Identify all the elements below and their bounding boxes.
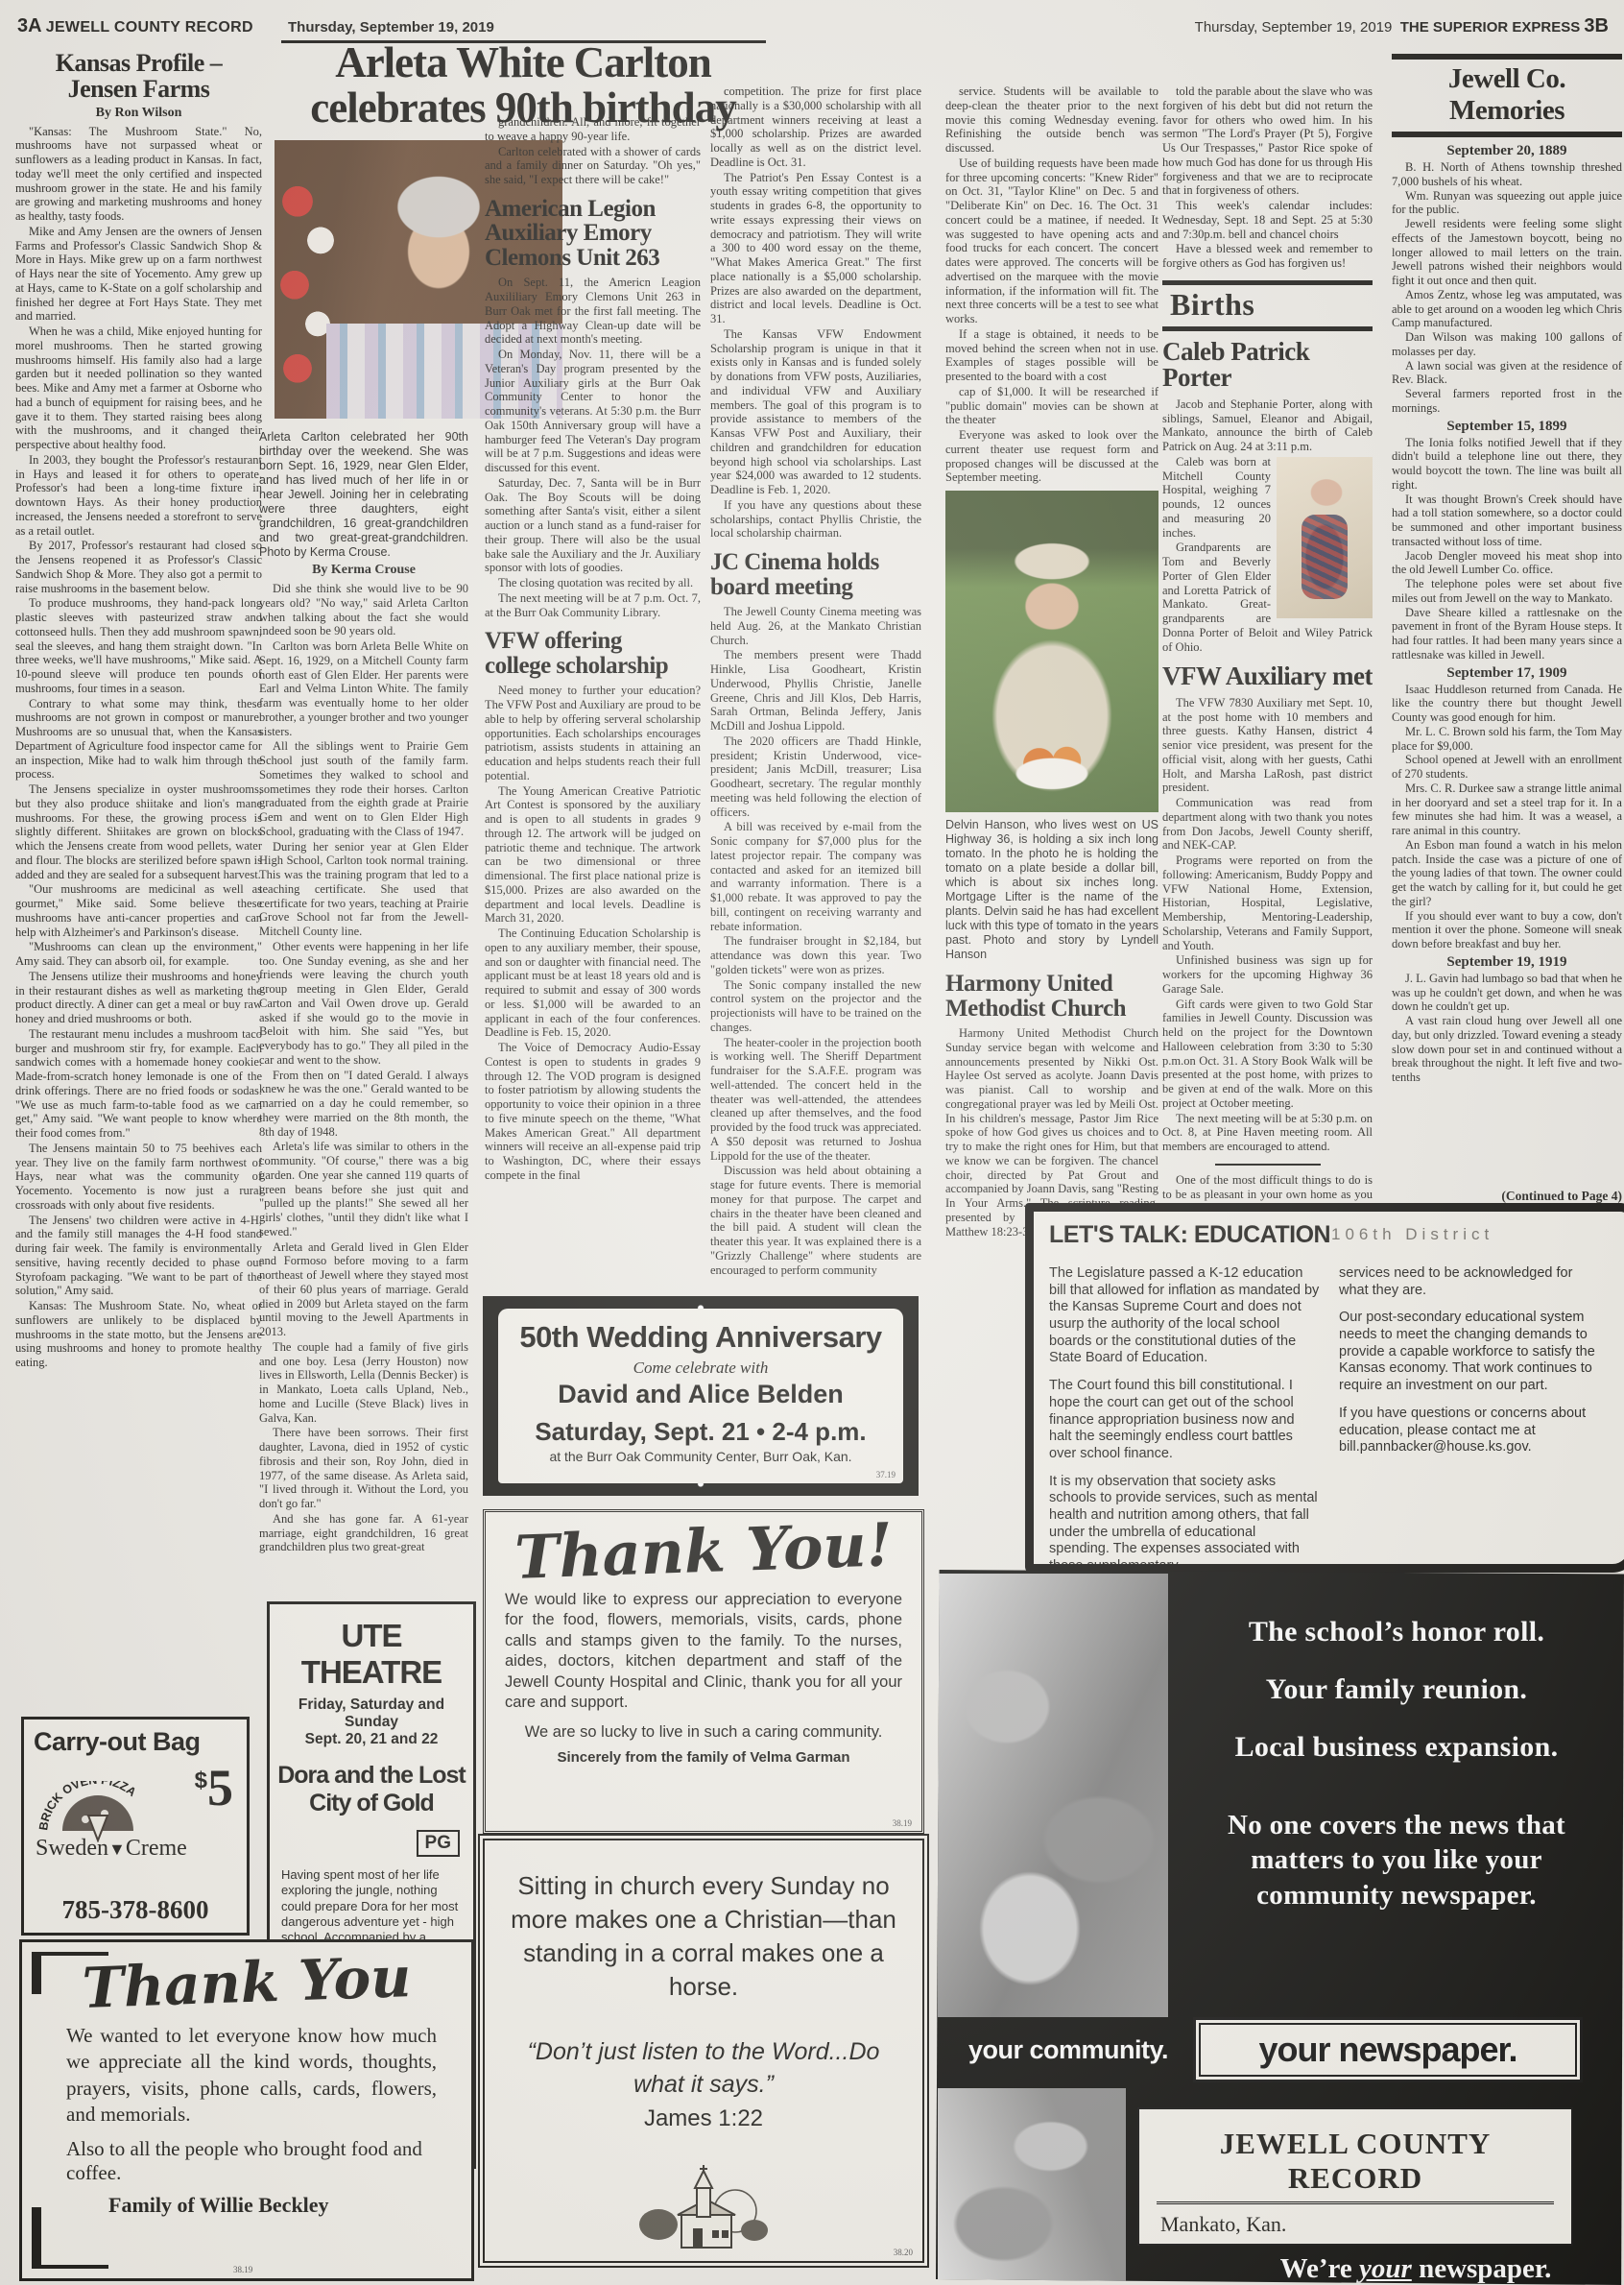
paragraph: "Mushrooms can clean up the environment,…	[15, 940, 262, 969]
paragraph: Other events were happening in her life …	[259, 940, 468, 1068]
vfw-scholarship-continued: competition. The prize for first place n…	[710, 84, 921, 541]
births-section-header: Births	[1162, 280, 1373, 331]
memories-date-1889: September 20, 1889	[1392, 143, 1622, 159]
paragraph: An Esbon man found a watch in his melon …	[1392, 838, 1622, 909]
carryout-phone: 785-378-8600	[24, 1895, 247, 1925]
paragraph: The Patriot's Pen Essay Contest is a you…	[710, 171, 921, 326]
promo-tag-suffix: newspaper.	[1419, 2253, 1551, 2284]
memories-title: Jewell Co. Memories	[1392, 63, 1622, 127]
paragraph: Discussion was held about obtaining a st…	[710, 1164, 921, 1277]
anniversary-num: 37.19	[876, 1470, 896, 1479]
left-page-number: 3A	[17, 15, 42, 36]
jc-cinema-continued: service. Students will be available to d…	[945, 84, 1158, 485]
paragraph: B. H. North of Athens township threshed …	[1392, 160, 1622, 189]
paragraph: This week's calendar includes: Wednesday…	[1162, 199, 1373, 241]
carryout-title: Carry-out Bag	[34, 1727, 237, 1757]
memories-items-1919: J. L. Gavin had lumbago so bad that when…	[1392, 972, 1622, 1085]
paragraph: If you should ever want to buy a cow, do…	[1392, 909, 1622, 951]
education-left-column: The Legislature passed a K-12 education …	[1049, 1265, 1320, 1573]
promo-bar-community: your community.	[947, 2023, 1189, 2077]
education-title: LET'S TALK: EDUCATION	[1049, 1221, 1330, 1249]
memories-header-box: Jewell Co. Memories	[1392, 54, 1622, 137]
memories-date-1899: September 15, 1899	[1392, 419, 1622, 435]
beckley-signoff: Family of Willie Beckley	[108, 2193, 471, 2218]
paragraph: A vast rain cloud hung over Jewell all o…	[1392, 1014, 1622, 1085]
paragraph: Dan Wilson was making 100 gallons of mol…	[1392, 330, 1622, 359]
paragraph: J. L. Gavin had lumbago so bad that when…	[1392, 972, 1622, 1014]
paragraph: The Ionia folks notified Jewell that if …	[1392, 436, 1622, 493]
paragraph: Use of building requests have been made …	[945, 156, 1158, 326]
memories-items-1889: B. H. North of Athens township threshed …	[1392, 160, 1622, 416]
promo-line4: No one covers the news that matters to y…	[1214, 1808, 1579, 1912]
left-paper-name: JEWELL COUNTY RECORD	[46, 19, 253, 36]
paragraph: Carlton was born Arleta Belle White on S…	[259, 639, 468, 738]
delvin-hanson-photo	[945, 491, 1158, 812]
carryout-price: $5	[195, 1758, 233, 1817]
american-legion-title: American Legion Auxiliary Emory Clemons …	[485, 197, 701, 271]
jc-cinema-title-1: JC Cinema holds	[710, 550, 921, 575]
memories-continued: (Continued to Page 4)	[1392, 1189, 1622, 1204]
paragraph: The Jewell County Cinema meeting was hel…	[710, 605, 921, 647]
paragraph: Wm. Runyan was squeezing out apple juice…	[1392, 189, 1622, 218]
paragraph: Need money to further your education? Th…	[485, 684, 701, 782]
paragraph: Arleta and Gerald lived in Glen Elder an…	[259, 1240, 468, 1339]
right-date: Thursday, September 19, 2019	[1195, 19, 1393, 36]
sweden-text: Sweden	[36, 1836, 108, 1861]
harmony-title-1: Harmony United	[945, 972, 1158, 997]
vfw-auxiliary-title: VFW Auxiliary met	[1162, 663, 1373, 690]
baby-striped-outfit	[1302, 515, 1348, 598]
ute-dates: Sept. 20, 21 and 22	[270, 1731, 473, 1748]
paragraph: The next meeting will be at 5:30 p.m. on…	[1162, 1112, 1373, 1154]
promo-logo-title: Jewell County Record	[1157, 2127, 1554, 2204]
ute-name: UTE THEATRE	[270, 1618, 473, 1691]
paragraph: A lawn social was given at the residence…	[1392, 359, 1622, 388]
paragraph: The members present were Thadd Hinkle, L…	[710, 648, 921, 734]
arleta-continued: grandchildren. All, and more, fit togeth…	[485, 115, 701, 187]
paragraph: Isaac Huddleson returned from Canada. He…	[1392, 683, 1622, 725]
paragraph: In 2003, they bought the Professor's res…	[15, 453, 262, 539]
column-R1: competition. The prize for first place n…	[710, 84, 921, 1290]
ute-days: Friday, Saturday and Sunday	[270, 1696, 473, 1731]
paragraph: A bill was received by e-mail from the S…	[710, 820, 921, 933]
memories-date-1919: September 19, 1919	[1392, 954, 1622, 971]
right-page-header: Thursday, September 19, 2019 THE SUPERIO…	[1195, 15, 1609, 37]
paragraph: Jewell residents were feeling some sligh…	[1392, 217, 1622, 288]
education-district: 106th District	[1331, 1225, 1493, 1244]
church-illustration	[632, 2165, 776, 2253]
promo-logo-city: Mankato, Kan.	[1160, 2212, 1571, 2237]
jc-cinema-title-2: board meeting	[710, 575, 921, 600]
beckley-line2: Also to all the people who brought food …	[66, 2137, 437, 2185]
paragraph: The heater-cooler in the projection boot…	[710, 1036, 921, 1164]
paragraph: Amos Zentz, whose leg was amputated, was…	[1392, 288, 1622, 330]
paragraph: The Kansas VFW Endowment Scholarship pro…	[710, 327, 921, 497]
right-page-number: 3B	[1584, 15, 1609, 36]
paragraph: Several farmers reported frost in the mo…	[1392, 387, 1622, 416]
anniversary-inner: 50th Wedding Anniversary Come celebrate …	[498, 1309, 903, 1483]
paragraph: The Jensens' two children were active in…	[15, 1214, 262, 1299]
paragraph: told the parable about the slave who was…	[1162, 84, 1373, 198]
paragraph: From then on "I dated Gerald. I always k…	[259, 1069, 468, 1140]
ute-rating-badge: PG	[417, 1830, 460, 1857]
paragraph: The next meeting will be at 7 p.m. Oct. …	[485, 591, 701, 620]
left-date: Thursday, September 19, 2019	[288, 19, 494, 36]
paragraph: The couple had a family of five girls an…	[259, 1340, 468, 1426]
column-R2: service. Students will be available to d…	[945, 84, 1158, 1294]
education-column-box: LET'S TALK: EDUCATION 106th District The…	[1025, 1203, 1624, 1573]
anniversary-names: David and Alice Belden	[498, 1380, 903, 1409]
carryout-logo: BRICK OVEN PIZZA Sweden▼Creme	[36, 1781, 160, 1862]
garman-script-title: Thank You!	[485, 1509, 922, 1594]
paragraph: The restaurant menu includes a mushroom …	[15, 1027, 262, 1141]
paragraph: Arleta's life was similar to others in t…	[259, 1140, 468, 1239]
ad-thankyou-beckley: Thank You We wanted to let everyone know…	[19, 1939, 474, 2281]
paragraph: It is my observation that society asks s…	[1049, 1474, 1320, 1573]
paragraph: If a stage is obtained, it needs to be m…	[945, 327, 1158, 384]
paragraph: grandchildren. All, and more, fit togeth…	[485, 115, 701, 144]
arleta-caption: Arleta Carlton celebrated her 90th birth…	[259, 430, 468, 560]
promo-tagline: We’re your newspaper.	[1224, 2253, 1608, 2285]
kansas-profile-byline: By Ron Wilson	[15, 106, 262, 121]
garman-line2: We are so lucky to live in such a caring…	[486, 1723, 921, 1742]
paragraph: "Kansas: The Mushroom State." No, mushro…	[15, 125, 262, 224]
memories-date-1909: September 17, 1909	[1392, 665, 1622, 682]
paragraph: services need to be acknowledged for wha…	[1339, 1265, 1606, 1299]
paragraph: The Jensens maintain 50 to 75 beehives e…	[15, 1142, 262, 1213]
paragraph: The Continuing Education Scholarship is …	[485, 926, 701, 1040]
paragraph: Everyone was asked to look over the curr…	[945, 428, 1158, 485]
arleta-body: Did she think she would live to be 90 ye…	[259, 582, 468, 1554]
carryout-price-value: 5	[207, 1759, 233, 1816]
creme-text: Creme	[126, 1836, 187, 1861]
memories-items-1899: The Ionia folks notified Jewell that if …	[1392, 436, 1622, 662]
paragraph: And she has gone far. A 61-year marriage…	[259, 1512, 468, 1554]
paragraph: Gift cards were given to two Gold Star f…	[1162, 998, 1373, 1111]
article-kansas-profile: Kansas Profile – Jensen Farms By Ron Wil…	[15, 50, 262, 1709]
paragraph: All the siblings went to Prairie Gem Sch…	[259, 739, 468, 838]
church-line1: Sitting in church every Sunday no more m…	[508, 1869, 899, 2004]
vfw-auxiliary-body: The VFW 7830 Auxiliary met Sept. 10, at …	[1162, 696, 1373, 1154]
paragraph: To produce mushrooms, they hand-pack lon…	[15, 596, 262, 695]
brick-oven-pizza-logo: BRICK OVEN PIZZA	[36, 1781, 160, 1842]
anniversary-when: Saturday, Sept. 21 • 2-4 p.m.	[498, 1417, 903, 1447]
paragraph: Unfinished business was sign up for work…	[1162, 953, 1373, 996]
article-arleta: Arleta Carlton celebrated her 90th birth…	[259, 424, 468, 1594]
paragraph: service. Students will be available to d…	[945, 84, 1158, 156]
ad-church: Sitting in church every Sunday no more m…	[483, 1839, 924, 2263]
anniversary-subtitle: Come celebrate with	[498, 1359, 903, 1378]
paragraph: The closing quotation was recited by all…	[485, 576, 701, 590]
beckley-body: We wanted to let everyone know how much …	[66, 2023, 437, 2128]
paragraph: School opened at Jewell with an enrollme…	[1392, 753, 1622, 782]
paragraph: The Sonic company installed the new cont…	[710, 978, 921, 1035]
paragraph: Programs were reported on from the follo…	[1162, 854, 1373, 952]
paragraph: cap of $1,000. It will be researched if …	[945, 385, 1158, 427]
paragraph: Carlton celebrated with a shower of card…	[485, 145, 701, 187]
paragraph: If you have questions or concerns about …	[1339, 1406, 1606, 1456]
sweden-creme-logo: Sweden▼Creme	[36, 1836, 160, 1862]
paragraph: Mr. L. C. Brown sold his farm, the Tom M…	[1392, 725, 1622, 754]
column-R3: told the parable about the slave who was…	[1162, 84, 1373, 1287]
american-legion-body: On Sept. 11, the Americn Leagion Auxilil…	[485, 276, 701, 619]
kansas-profile-body: "Kansas: The Mushroom State." No, mushro…	[15, 125, 262, 1370]
ad-newspaper-promo: The school’s honor roll. Your family reu…	[936, 1570, 1624, 2285]
caleb-baby-photo	[1277, 457, 1373, 618]
paragraph: The Young American Creative Patriotic Ar…	[485, 784, 701, 926]
paragraph: By 2017, Professor's restaurant had clos…	[15, 539, 262, 595]
promo-tag-prefix: We’re	[1280, 2253, 1352, 2284]
vfw-scholarship-title-1: VFW offering	[485, 629, 701, 654]
paragraph: On Sept. 11, the Americn Leagion Auxilil…	[485, 276, 701, 347]
right-paper-name: THE SUPERIOR EXPRESS	[1400, 19, 1581, 36]
garman-body: We would like to express our appreciatio…	[505, 1590, 902, 1714]
promo-line2: Your family reunion.	[1181, 1673, 1612, 1706]
paragraph: "Our mushrooms are medicinal as well as …	[15, 882, 262, 939]
arleta-headline-1: Arleta White Carlton	[278, 40, 768, 85]
paragraph: On Monday, Nov. 11, there will be a Vete…	[485, 348, 701, 475]
promo-photo-classroom	[938, 1574, 1168, 2017]
paragraph: competition. The prize for first place n…	[710, 84, 921, 170]
paragraph: If you have any questions about these sc…	[710, 498, 921, 541]
beckley-num: 38.19	[233, 2265, 252, 2274]
newspaper-sheet: 3A JEWELL COUNTY RECORD Thursday, Septem…	[0, 0, 1624, 2285]
paragraph: Mrs. C. R. Durkee saw a strange little a…	[1392, 782, 1622, 838]
paragraph: The 2020 officers are Thadd Hinkle, pres…	[710, 734, 921, 820]
caleb-p1: Jacob and Stephanie Porter, along with s…	[1162, 397, 1373, 454]
paragraph: Mike and Amy Jensen are the owners of Je…	[15, 225, 262, 324]
anniversary-title: 50th Wedding Anniversary	[498, 1320, 903, 1355]
left-page-header: 3A JEWELL COUNTY RECORD	[17, 15, 253, 37]
paragraph: The telephone poles were set about five …	[1392, 577, 1622, 606]
vfw-scholarship-title-2: college scholarship	[485, 654, 701, 679]
anniversary-where: at the Burr Oak Community Center, Burr O…	[498, 1449, 903, 1464]
education-right-column: services need to be acknowledged for wha…	[1339, 1265, 1606, 1467]
kansas-profile-title-1: Kansas Profile –	[15, 50, 262, 76]
paragraph: The Voice of Democracy Audio-Essay Conte…	[485, 1041, 701, 1183]
promo-tag-your: your	[1359, 2253, 1412, 2284]
promo-logo-box: Jewell County Record Mankato, Kan.	[1137, 2107, 1573, 2246]
church-ref: James 1:22	[485, 2105, 922, 2132]
paragraph: The fundraiser brought in $2,184, but at…	[710, 934, 921, 976]
church-quote: “Don’t just listen to the Word...Do what…	[523, 2036, 884, 2102]
arleta-byline: By Kerma Crouse	[259, 563, 468, 578]
paragraph: There have been sorrows. Their first dau…	[259, 1426, 468, 1511]
paragraph: During her senior year at Glen Elder Hig…	[259, 840, 468, 939]
column-L3: grandchildren. All, and more, fit togeth…	[485, 115, 701, 1288]
garman-num: 38.19	[893, 1818, 912, 1828]
ute-movie-2: City of Gold	[270, 1790, 473, 1817]
paragraph: Dave Sheare killed a rattlesnake on the …	[1392, 606, 1622, 662]
paragraph: Our post-secondary educational system ne…	[1339, 1310, 1606, 1394]
memories-items-1909: Isaac Huddleson returned from Canada. He…	[1392, 683, 1622, 951]
filler-divider	[1215, 1164, 1321, 1166]
ad-thankyou-garman: Thank You! We would like to express our …	[483, 1509, 924, 1834]
paragraph: The Jensens utilize their mushrooms and …	[15, 970, 262, 1026]
paragraph: Contrary to what some may think, these m…	[15, 697, 262, 782]
ad-anniversary: 50th Wedding Anniversary Come celebrate …	[483, 1296, 919, 1496]
births-title: Births	[1170, 287, 1254, 322]
church-num: 38.20	[894, 2248, 913, 2257]
paragraph: Have a blessed week and remember to forg…	[1162, 242, 1373, 271]
harmony-title-2: Methodist Church	[945, 997, 1158, 1022]
paragraph: The Legislature passed a K-12 education …	[1049, 1265, 1320, 1367]
promo-photo-readers	[938, 2088, 1126, 2282]
promo-bar-newspaper: your newspaper.	[1193, 2017, 1583, 2082]
delvin-caption: Delvin Hanson, who lives west on US High…	[945, 818, 1158, 962]
promo-line3: Local business expansion.	[1181, 1731, 1612, 1764]
paragraph: Saturday, Dec. 7, Santa will be in Burr …	[485, 476, 701, 575]
article-memories: Jewell Co. Memories September 20, 1889 B…	[1392, 54, 1622, 1202]
cone-icon: ▼	[108, 1840, 126, 1859]
harmony-continued: told the parable about the slave who was…	[1162, 84, 1373, 271]
paragraph: The Jensens specialize in oyster mushroo…	[15, 782, 262, 881]
ute-movie-1: Dora and the Lost	[270, 1762, 473, 1790]
vfw-scholarship-body: Need money to further your education? Th…	[485, 684, 701, 1182]
promo-line1: The school’s honor roll.	[1181, 1616, 1612, 1648]
paragraph: The Court found this bill constitutional…	[1049, 1378, 1320, 1462]
paragraph: It was thought Brown's Creek should have…	[1392, 493, 1622, 549]
paragraph: Did she think she would live to be 90 ye…	[259, 582, 468, 638]
ad-carryout-bag: Carry-out Bag $5 BRICK OVEN PIZZA Sweden…	[21, 1717, 250, 1936]
beckley-corner-decoration-bottom	[32, 2207, 108, 2269]
paragraph: Kansas: The Mushroom State. No, wheat or…	[15, 1299, 262, 1370]
paragraph: When he was a child, Mike enjoyed huntin…	[15, 325, 262, 452]
carryout-dollar-sign: $	[195, 1768, 207, 1793]
kansas-profile-title-2: Jensen Farms	[15, 76, 262, 102]
paragraph: The VFW 7830 Auxiliary met Sept. 10, at …	[1162, 696, 1373, 795]
paragraph: Communication was read from department a…	[1162, 796, 1373, 853]
paragraph: Jacob Dengler moveed his meat shop into …	[1392, 549, 1622, 578]
jc-cinema-body: The Jewell County Cinema meeting was hel…	[710, 605, 921, 1277]
garman-signoff: Sincerely from the family of Velma Garma…	[486, 1749, 921, 1766]
caleb-porter-heading: Caleb Patrick Porter	[1162, 339, 1373, 392]
